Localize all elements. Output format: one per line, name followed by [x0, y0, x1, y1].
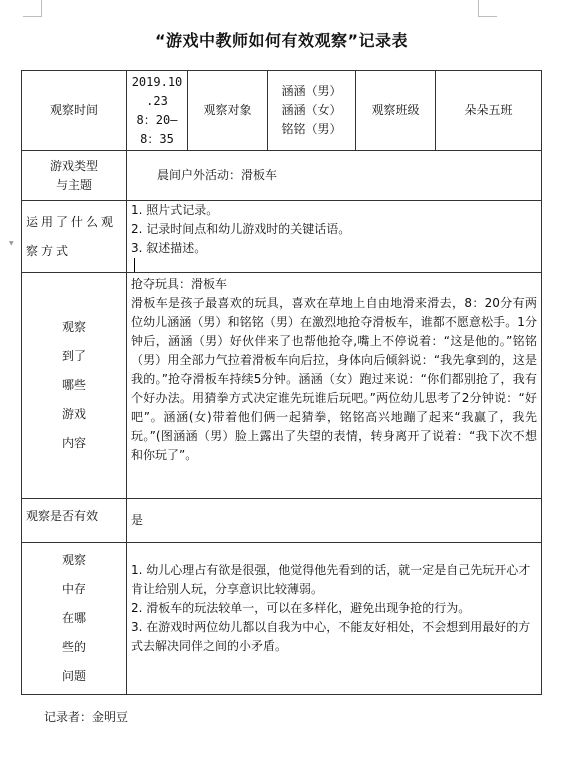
observation-time-label: 观察时间: [22, 71, 127, 151]
content-heading: 抢夺玩具：滑板车: [131, 275, 537, 294]
table-row-method: 运用了什么观 察方式 1. 照片式记录。 2. 记录时间点和幼儿游戏时的关键话语…: [22, 201, 542, 273]
method-label: 运用了什么观 察方式: [22, 201, 127, 273]
observation-subject-label: 观察对象: [188, 71, 268, 151]
document-title: “游戏中教师如何有效观察”记录表: [0, 28, 563, 51]
text-cursor: [134, 258, 135, 272]
observation-class-label: 观察班级: [356, 71, 436, 151]
page-corner-mark-top-left: [23, 0, 42, 17]
subject-line: 涵涵（男）: [272, 82, 351, 101]
observation-time-value[interactable]: 2019.10 .23 8：20— 8：35: [127, 71, 188, 151]
table-row-game-type: 游戏类型 与主题 晨间户外活动：滑板车: [22, 151, 542, 201]
time-line: .23: [131, 92, 183, 111]
problem-item: 2. 滑板车的玩法较单一，可以在多样化，避免出现争抢的行为。: [131, 599, 537, 618]
problem-item: 3. 在游戏时两位幼儿都以自我为中心，不能友好相处，不会想到用最好的方式去解决同…: [131, 618, 537, 656]
label-line: 察方式: [26, 237, 122, 266]
subject-line: 涵涵（女）: [272, 101, 351, 120]
game-type-label: 游戏类型 与主题: [22, 151, 127, 201]
label-line: 游戏: [26, 400, 122, 429]
label-line: 中存: [26, 575, 122, 604]
page-corner-mark-top-right: [478, 0, 497, 17]
method-item: 3. 叙述描述。: [131, 241, 206, 255]
problem-item: 1. 幼儿心理占有欲是很强，他觉得他先看到的话，就一定是自己先玩开心才肯让给别人…: [131, 561, 537, 599]
label-line: 观察: [26, 313, 122, 342]
label-line: 观察: [26, 546, 122, 575]
label-line: 问题: [26, 662, 122, 691]
table-row-problems: 观察 中存 在哪 些的 问题 1. 幼儿心理占有欲是很强，他觉得他先看到的话，就…: [22, 543, 542, 695]
method-item: 2. 记录时间点和幼儿游戏时的关键话语。: [131, 220, 537, 239]
content-body: 滑板车是孩子最喜欢的玩具，喜欢在草地上自由地滑来滑去，8：20分有两位幼儿涵涵（…: [131, 294, 537, 465]
label-line: 在哪: [26, 604, 122, 633]
time-line: 8：20—: [131, 111, 183, 130]
table-row-effective: 观察是否有效 是: [22, 499, 542, 543]
method-value[interactable]: 1. 照片式记录。 2. 记录时间点和幼儿游戏时的关键话语。 3. 叙述描述。: [127, 201, 542, 273]
label-line: 与主题: [26, 176, 122, 195]
label-line: 运用了什么观: [26, 208, 122, 237]
effective-label: 观察是否有效: [22, 499, 127, 543]
content-value[interactable]: 抢夺玩具：滑板车 滑板车是孩子最喜欢的玩具，喜欢在草地上自由地滑来滑去，8：20…: [127, 273, 542, 499]
time-line: 8：35: [131, 130, 183, 149]
table-row-content: 观察 到了 哪些 游戏 内容 抢夺玩具：滑板车 滑板车是孩子最喜欢的玩具，喜欢在…: [22, 273, 542, 499]
observation-class-value[interactable]: 朵朵五班: [436, 71, 542, 151]
method-item: 1. 照片式记录。: [131, 201, 537, 220]
label-line: 游戏类型: [26, 157, 122, 176]
observation-record-table: 观察时间 2019.10 .23 8：20— 8：35 观察对象 涵涵（男） 涵…: [21, 70, 542, 695]
game-type-value[interactable]: 晨间户外活动：滑板车: [127, 151, 542, 201]
content-label: 观察 到了 哪些 游戏 内容: [22, 273, 127, 499]
label-line: 到了: [26, 342, 122, 371]
time-line: 2019.10: [131, 73, 183, 92]
table-row-time: 观察时间 2019.10 .23 8：20— 8：35 观察对象 涵涵（男） 涵…: [22, 71, 542, 151]
label-line: 哪些: [26, 371, 122, 400]
problems-value[interactable]: 1. 幼儿心理占有欲是很强，他觉得他先看到的话，就一定是自己先玩开心才肯让给别人…: [127, 543, 542, 695]
label-line: 内容: [26, 429, 122, 458]
label-line: 些的: [26, 633, 122, 662]
observation-subject-value[interactable]: 涵涵（男） 涵涵（女） 铭铭（男）: [268, 71, 356, 151]
paragraph-mark-icon: ▼: [9, 240, 14, 247]
problems-label: 观察 中存 在哪 些的 问题: [22, 543, 127, 695]
subject-line: 铭铭（男）: [272, 120, 351, 139]
effective-value[interactable]: 是: [127, 499, 542, 543]
recorder-signature: 记录者：金明豆: [44, 708, 128, 725]
